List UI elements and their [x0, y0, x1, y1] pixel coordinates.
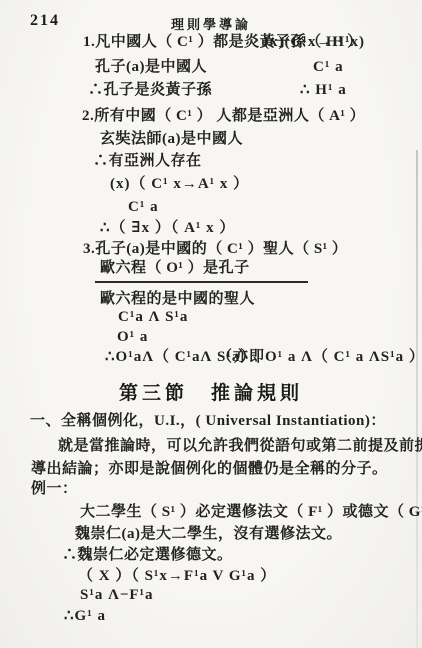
rule1-body-line2: 導出結論；亦即是說個例化的個體仍是全稱的分子。 — [31, 460, 388, 479]
example1-conclusion-formula: ∴ H¹ a — [300, 81, 347, 100]
section-heading: 第三節 推論規則 — [0, 378, 422, 405]
rule1-title: 一、全稱個例化，U.I.，( Universal Instantiation)： — [30, 412, 386, 431]
example1-premise2-formula: C¹ a — [313, 58, 344, 77]
example3-formula2: O¹ a — [117, 328, 148, 347]
example2-premise1: 2.所有中國（ C¹ ） 人都是亞洲人（ A¹ ） — [82, 107, 365, 126]
rule1-body-line1: 就是當推論時，可以允許我們從語句或第二前提及前提中 — [58, 437, 422, 456]
example1-premise1-formula: (x)(C¹x→H¹x) — [264, 33, 365, 52]
rule1-example-formula2: S¹a Λ−F¹a — [80, 586, 154, 605]
example3-formula3-note: （亦即O¹ a Λ（ C¹ a ΛS¹a ） — [217, 348, 422, 367]
inference-divider-line — [95, 281, 308, 283]
example2-conclusion: ∴有亞洲人存在 — [93, 152, 202, 171]
example2-formula2: C¹ a — [128, 198, 159, 217]
rule1-example-formula3: ∴G¹ a — [64, 607, 106, 626]
example-label: 例一： — [31, 480, 78, 499]
rule1-example-premise2: 魏崇仁(a)是大二學生，沒有選修法文。 — [75, 525, 342, 544]
example3-formula1: C¹a Λ S¹a — [118, 308, 188, 327]
example3-conclusion: 歐六程的是中國的聖人 — [100, 290, 255, 309]
example3-premise1: 3.孔子(a)是中國的（ C¹ ）聖人（ S¹ ） — [83, 240, 347, 259]
example2-premise2: 玄奘法師(a)是中國人 — [100, 130, 243, 149]
rule1-example-conclusion: ∴魏崇仁必定選修德文。 — [62, 546, 233, 565]
rule1-example-premise1: 大二學生（ S¹ ）必定選修法文（ F¹ ）或德文（ G¹a ） — [80, 503, 422, 522]
example2-formula3: ∴（ ∃x ）（ A¹ x ） — [100, 219, 235, 238]
rule1-example-formula1: （ X ）（ S¹x→F¹a V G¹a ） — [78, 567, 276, 586]
example2-formula1: (x)（ C¹ x→A¹ x ） — [110, 175, 249, 194]
running-title: 理則學導論 — [0, 14, 422, 33]
example1-premise2: 孔子(a)是中國人 — [95, 58, 207, 77]
scanned-book-page: 214 理則學導論 1.凡中國人（ C¹ ）都是炎黃子孫（ H¹ ） (x)(C… — [0, 0, 422, 648]
example3-premise2: 歐六程（ O¹ ）是孔子 — [100, 259, 250, 278]
example1-conclusion: ∴孔子是炎黃子孫 — [88, 81, 212, 100]
